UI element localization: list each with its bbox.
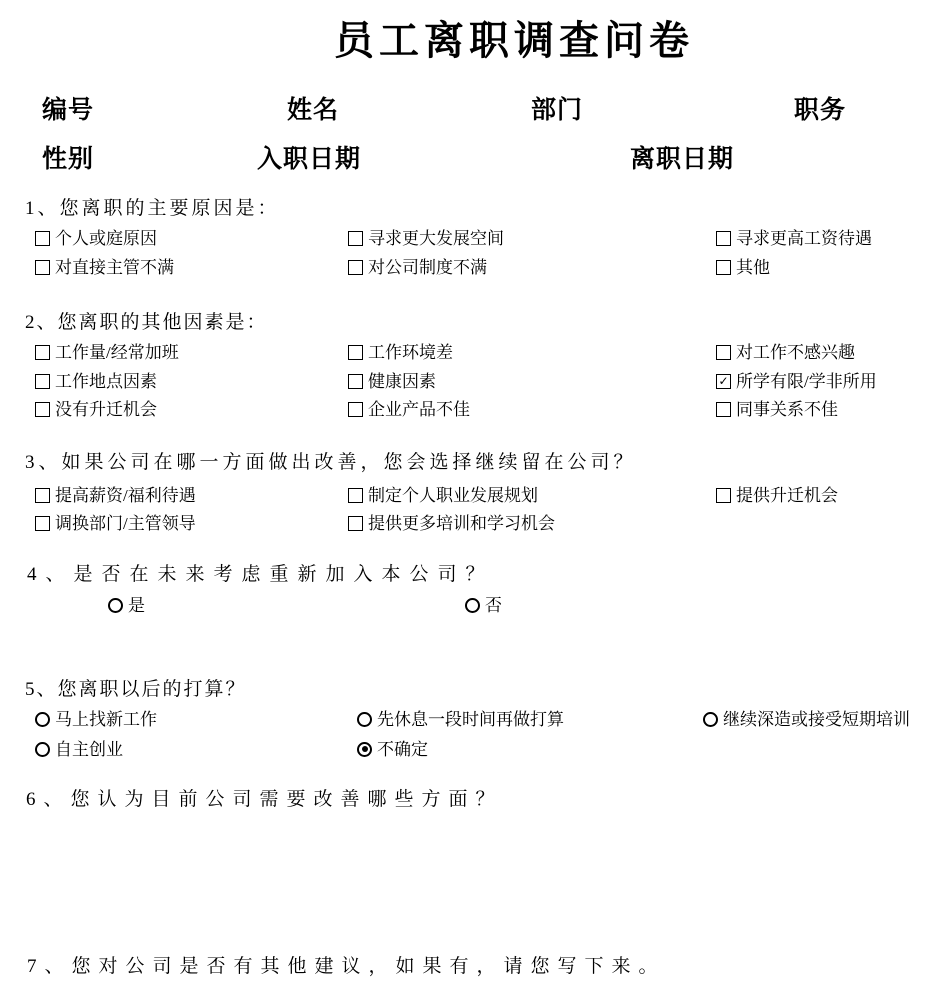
- question-2-heading: 2、您离职的其他因素是：: [25, 312, 268, 335]
- checkbox-option[interactable]: ✓ 对公司制度不满: [348, 257, 487, 277]
- radio-option[interactable]: 是: [108, 595, 145, 615]
- option-label: 对公司制度不满: [368, 259, 487, 276]
- checkbox-option[interactable]: ✓ 对工作不感兴趣: [716, 342, 855, 362]
- checkbox-option[interactable]: ✓ 提供更多培训和学习机会: [348, 513, 555, 533]
- option-label: 其他: [736, 259, 770, 276]
- checkbox-option[interactable]: ✓ 提高薪资/福利待遇: [35, 485, 196, 505]
- checkbox-option[interactable]: ✓ 没有升迁机会: [35, 399, 157, 419]
- option-label: 寻求更高工资待遇: [736, 230, 872, 247]
- checkbox-option[interactable]: ✓ 同事关系不佳: [716, 399, 838, 419]
- option-label: 马上找新工作: [55, 711, 157, 728]
- option-label: 是: [128, 597, 145, 614]
- checkbox-icon[interactable]: ✓: [348, 402, 363, 417]
- radio-option[interactable]: 继续深造或接受短期培训: [703, 709, 910, 729]
- checkbox-option[interactable]: ✓ 对直接主管不满: [35, 257, 174, 277]
- option-label: 制定个人职业发展规划: [368, 487, 538, 504]
- radio-icon[interactable]: [35, 712, 50, 727]
- checkbox-icon[interactable]: ✓: [35, 374, 50, 389]
- page-title: 员工离职调查问卷: [334, 18, 694, 64]
- option-label: 个人或庭原因: [55, 230, 157, 247]
- checkbox-option[interactable]: ✓ 企业产品不佳: [348, 399, 470, 419]
- checkbox-icon[interactable]: ✓: [348, 516, 363, 531]
- radio-option[interactable]: 马上找新工作: [35, 709, 157, 729]
- field-label-number: 编号: [42, 96, 94, 125]
- checkbox-icon[interactable]: ✓: [348, 488, 363, 503]
- option-label: 提供更多培训和学习机会: [368, 515, 555, 532]
- question-4-heading: 4、是否在未来考虑重新加入本公司？: [27, 564, 494, 587]
- checkbox-option[interactable]: ✓ 调换部门/主管领导: [35, 513, 196, 533]
- question-6-heading: 6、您认为目前公司需要改善哪些方面？: [26, 789, 503, 812]
- question-7-heading: 7、您对公司是否有其他建议，如果有，请您写下来。: [27, 956, 666, 979]
- field-label-department: 部门: [531, 96, 583, 125]
- option-label: 对直接主管不满: [55, 259, 174, 276]
- field-label-position: 职务: [794, 96, 846, 125]
- checkbox-icon[interactable]: ✓: [716, 488, 731, 503]
- checkbox-icon[interactable]: ✓: [348, 374, 363, 389]
- checkbox-option-checked[interactable]: ✓ 所学有限/学非所用: [716, 371, 877, 391]
- checkbox-icon[interactable]: ✓: [348, 231, 363, 246]
- checkbox-icon[interactable]: ✓: [35, 345, 50, 360]
- option-label: 否: [485, 597, 502, 614]
- radio-icon[interactable]: [357, 742, 372, 757]
- option-label: 同事关系不佳: [736, 401, 838, 418]
- checkbox-icon[interactable]: ✓: [716, 260, 731, 275]
- option-label: 提高薪资/福利待遇: [55, 487, 196, 504]
- field-label-gender: 性别: [42, 145, 94, 174]
- question-3-heading: 3、如果公司在哪一方面做出改善，您会选择继续留在公司？: [25, 452, 637, 475]
- question-1-heading: 1、您离职的主要原因是：: [25, 198, 280, 221]
- option-label: 工作量/经常加班: [55, 344, 179, 361]
- option-label: 继续深造或接受短期培训: [723, 711, 910, 728]
- option-label: 健康因素: [368, 373, 436, 390]
- checkbox-icon[interactable]: ✓: [716, 345, 731, 360]
- checkbox-icon[interactable]: ✓: [348, 260, 363, 275]
- questionnaire-document: 员工离职调查问卷 编号 姓名 部门 职务 性别 入职日期 离职日期 1、您离职的…: [0, 0, 936, 1008]
- option-label: 工作环境差: [368, 344, 453, 361]
- checkbox-icon[interactable]: ✓: [35, 231, 50, 246]
- field-label-hire-date: 入职日期: [257, 145, 361, 174]
- radio-icon[interactable]: [357, 712, 372, 727]
- option-label: 所学有限/学非所用: [736, 373, 877, 390]
- radio-option-selected[interactable]: 不确定: [357, 739, 428, 759]
- checkbox-icon[interactable]: ✓: [348, 345, 363, 360]
- checkbox-option[interactable]: ✓ 寻求更高工资待遇: [716, 228, 872, 248]
- radio-icon[interactable]: [465, 598, 480, 613]
- field-label-name: 姓名: [287, 96, 339, 125]
- option-label: 工作地点因素: [55, 373, 157, 390]
- option-label: 寻求更大发展空间: [368, 230, 504, 247]
- check-mark-icon: ✓: [718, 375, 728, 387]
- radio-icon[interactable]: [108, 598, 123, 613]
- checkbox-option[interactable]: ✓ 工作地点因素: [35, 371, 157, 391]
- field-label-leave-date: 离职日期: [630, 145, 734, 174]
- option-label: 企业产品不佳: [368, 401, 470, 418]
- option-label: 没有升迁机会: [55, 401, 157, 418]
- checkbox-option[interactable]: ✓ 制定个人职业发展规划: [348, 485, 538, 505]
- checkbox-icon[interactable]: ✓: [716, 374, 731, 389]
- checkbox-option[interactable]: ✓ 健康因素: [348, 371, 436, 391]
- question-5-heading: 5、您离职以后的打算？: [25, 679, 247, 702]
- radio-option[interactable]: 否: [465, 595, 502, 615]
- radio-option[interactable]: 先休息一段时间再做打算: [357, 709, 564, 729]
- checkbox-option[interactable]: ✓ 寻求更大发展空间: [348, 228, 504, 248]
- checkbox-icon[interactable]: ✓: [35, 488, 50, 503]
- checkbox-icon[interactable]: ✓: [35, 402, 50, 417]
- radio-icon[interactable]: [703, 712, 718, 727]
- radio-icon[interactable]: [35, 742, 50, 757]
- checkbox-option[interactable]: ✓ 工作环境差: [348, 342, 453, 362]
- checkbox-option[interactable]: ✓ 个人或庭原因: [35, 228, 157, 248]
- checkbox-option[interactable]: ✓ 其他: [716, 257, 770, 277]
- option-label: 调换部门/主管领导: [55, 515, 196, 532]
- option-label: 对工作不感兴趣: [736, 344, 855, 361]
- option-label: 先休息一段时间再做打算: [377, 711, 564, 728]
- checkbox-option[interactable]: ✓ 提供升迁机会: [716, 485, 838, 505]
- option-label: 自主创业: [55, 741, 123, 758]
- checkbox-icon[interactable]: ✓: [716, 231, 731, 246]
- checkbox-icon[interactable]: ✓: [35, 516, 50, 531]
- checkbox-option[interactable]: ✓ 工作量/经常加班: [35, 342, 179, 362]
- option-label: 不确定: [377, 741, 428, 758]
- radio-option[interactable]: 自主创业: [35, 739, 123, 759]
- checkbox-icon[interactable]: ✓: [35, 260, 50, 275]
- option-label: 提供升迁机会: [736, 487, 838, 504]
- checkbox-icon[interactable]: ✓: [716, 402, 731, 417]
